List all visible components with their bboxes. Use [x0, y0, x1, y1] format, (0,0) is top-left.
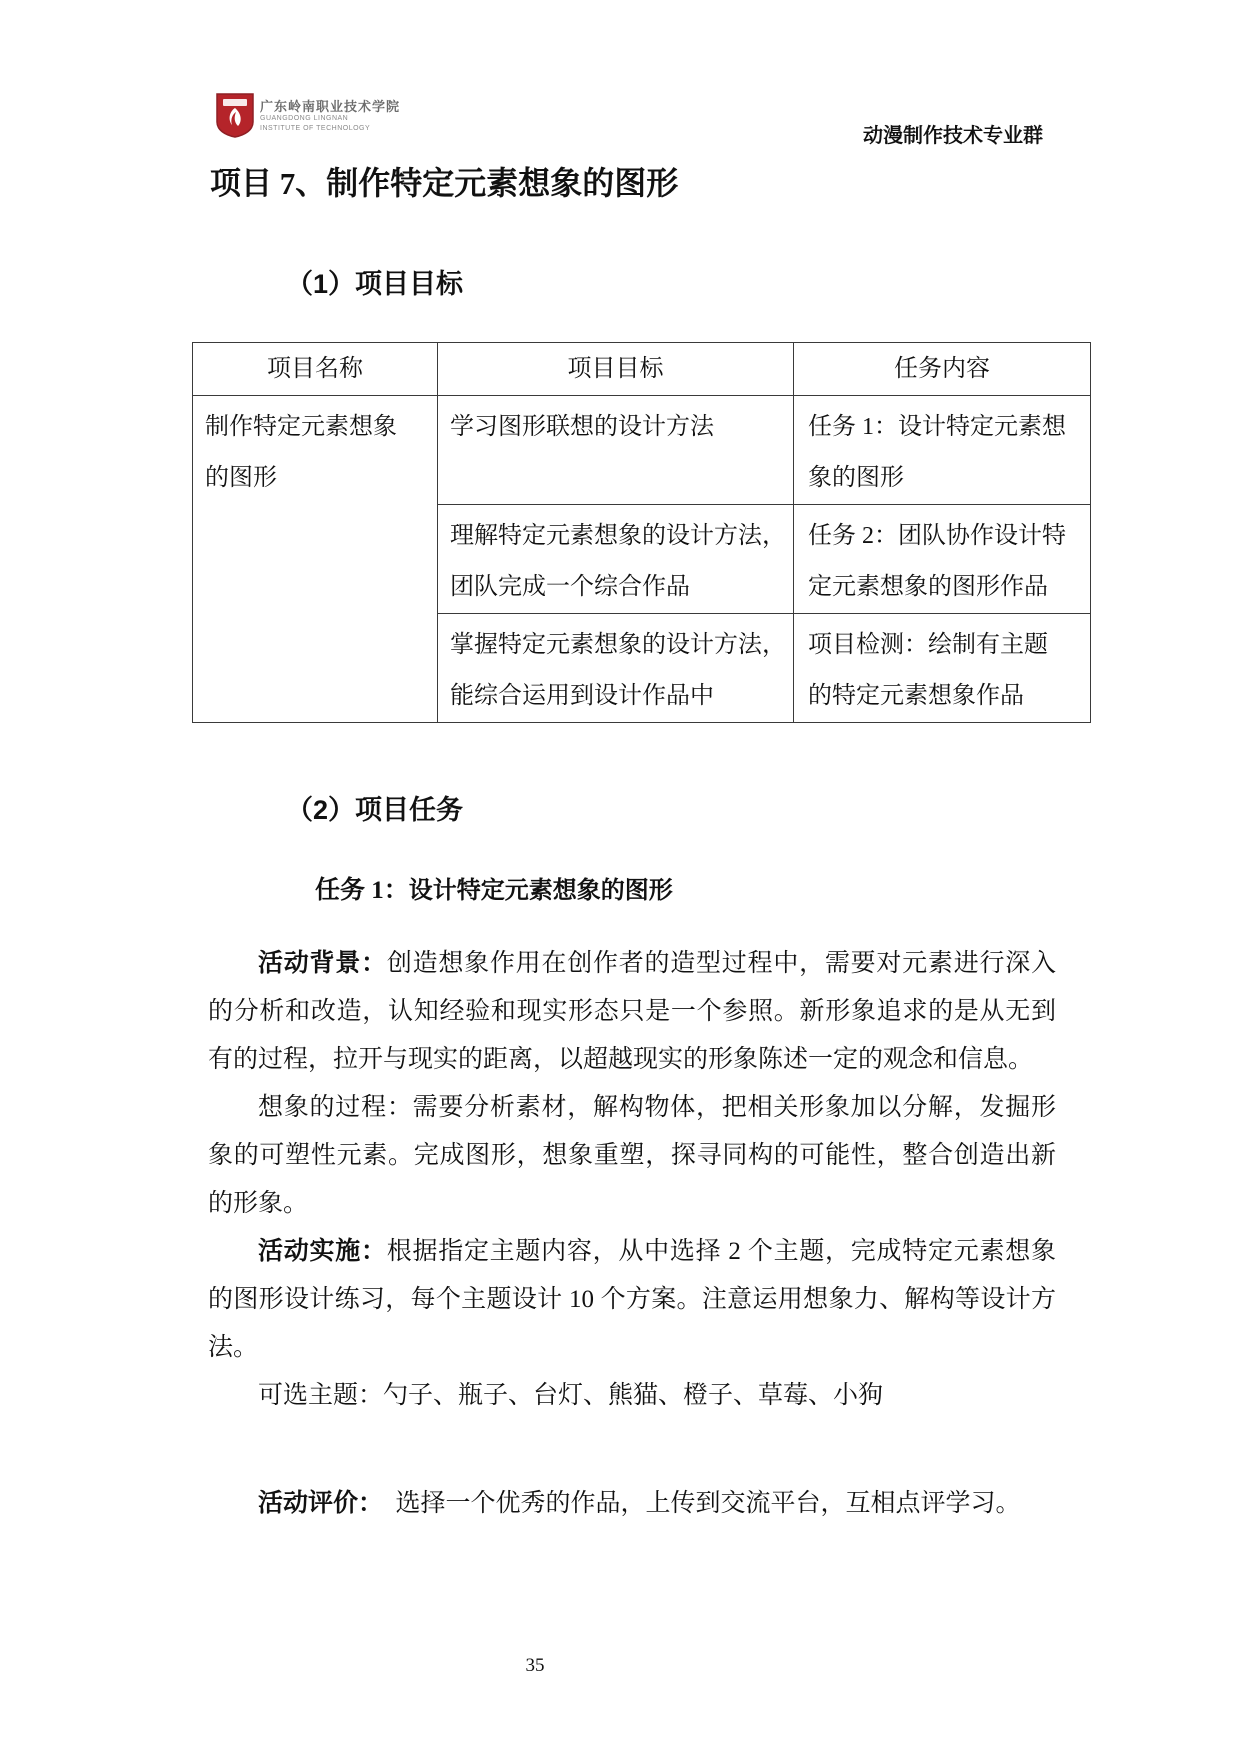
- page-title-number: 项目 7、: [210, 166, 326, 201]
- task1-subheading: 任务 1：设计特定元素想象的图形: [315, 870, 673, 906]
- school-logo-text: 广东岭南职业技术学院 GUANGDONG LINGNAN INSTITUTE O…: [260, 92, 400, 133]
- page-number: 35: [515, 1655, 555, 1677]
- task1-body: 活动背景：创造想象作用在创作者的造型过程中，需要对元素进行深入的分析和改造，认知…: [208, 940, 1056, 1528]
- column-header-task-content: 任务内容: [794, 343, 1091, 396]
- table-header-row: 项目名称 项目目标 任务内容: [193, 343, 1091, 396]
- page-title: 项目 7、制作特定元素想象的图形: [210, 158, 678, 204]
- paragraph-imagination-process: 想象的过程：需要分析素材，解构物体，把相关形象加以分解，发掘形象的可塑性元素。完…: [208, 1084, 1056, 1228]
- cell-task-3: 项目检测：绘制有主题的特定元素想象作品: [794, 614, 1091, 723]
- cell-project-name: 制作特定元素想象的图形: [193, 396, 438, 723]
- paragraph-activity-background: 活动背景：创造想象作用在创作者的造型过程中，需要对元素进行深入的分析和改造，认知…: [208, 940, 1056, 1084]
- school-name-en-1: GUANGDONG LINGNAN: [260, 115, 400, 123]
- column-header-project-name: 项目名称: [193, 343, 438, 396]
- page-title-text: 制作特定元素想象的图形: [326, 165, 678, 201]
- project-goals-table: 项目名称 项目目标 任务内容 制作特定元素想象的图形 学习图形联想的设计方法 任…: [192, 342, 1091, 723]
- paragraph-lead: 活动实施：: [258, 1238, 387, 1265]
- header-program-group-label: 动漫制作技术专业群: [863, 119, 1043, 148]
- column-header-project-goal: 项目目标: [438, 343, 794, 396]
- paragraph-activity-implementation: 活动实施：根据指定主题内容，从中选择 2 个主题，完成特定元素想象的图形设计练习…: [208, 1228, 1056, 1372]
- paragraph-lead: 活动背景：: [258, 950, 387, 977]
- school-logo-icon: [215, 92, 255, 138]
- paragraph-lead: 想象的过程：: [258, 1094, 413, 1121]
- paragraph-activity-evaluation: 活动评价： 选择一个优秀的作品，上传到交流平台，互相点评学习。: [208, 1480, 1056, 1528]
- school-name-cn: 广东岭南职业技术学院: [260, 100, 400, 113]
- cell-goal-2: 理解特定元素想象的设计方法，团队完成一个综合作品: [438, 505, 794, 614]
- school-name-en-2: INSTITUTE OF TECHNOLOGY: [260, 125, 400, 133]
- cell-goal-3: 掌握特定元素想象的设计方法，能综合运用到设计作品中: [438, 614, 794, 723]
- paragraph-text: 勺子、瓶子、台灯、熊猫、橙子、草莓、小狗: [383, 1382, 883, 1409]
- section-heading-project-tasks: （2）项目任务: [286, 788, 463, 827]
- task1-subheading-text: 设计特定元素想象的图形: [409, 877, 673, 904]
- cell-goal-1: 学习图形联想的设计方法: [438, 396, 794, 505]
- section-heading-project-goals: （1）项目目标: [286, 262, 463, 301]
- paragraph-lead: 活动评价：: [258, 1490, 371, 1517]
- paragraph-optional-themes: 可选主题：勺子、瓶子、台灯、熊猫、橙子、草莓、小狗: [208, 1372, 1056, 1420]
- cell-task-2: 任务 2：团队协作设计特定元素想象的图形作品: [794, 505, 1091, 614]
- paragraph-lead: 可选主题：: [258, 1382, 383, 1409]
- school-logo: 广东岭南职业技术学院 GUANGDONG LINGNAN INSTITUTE O…: [215, 92, 400, 138]
- document-page: 广东岭南职业技术学院 GUANGDONG LINGNAN INSTITUTE O…: [0, 0, 1240, 1754]
- table-row: 制作特定元素想象的图形 学习图形联想的设计方法 任务 1：设计特定元素想象的图形: [193, 396, 1091, 505]
- cell-task-1: 任务 1：设计特定元素想象的图形: [794, 396, 1091, 505]
- task1-subheading-number: 任务 1：: [315, 877, 409, 904]
- paragraph-text: 选择一个优秀的作品，上传到交流平台，互相点评学习。: [371, 1490, 1021, 1517]
